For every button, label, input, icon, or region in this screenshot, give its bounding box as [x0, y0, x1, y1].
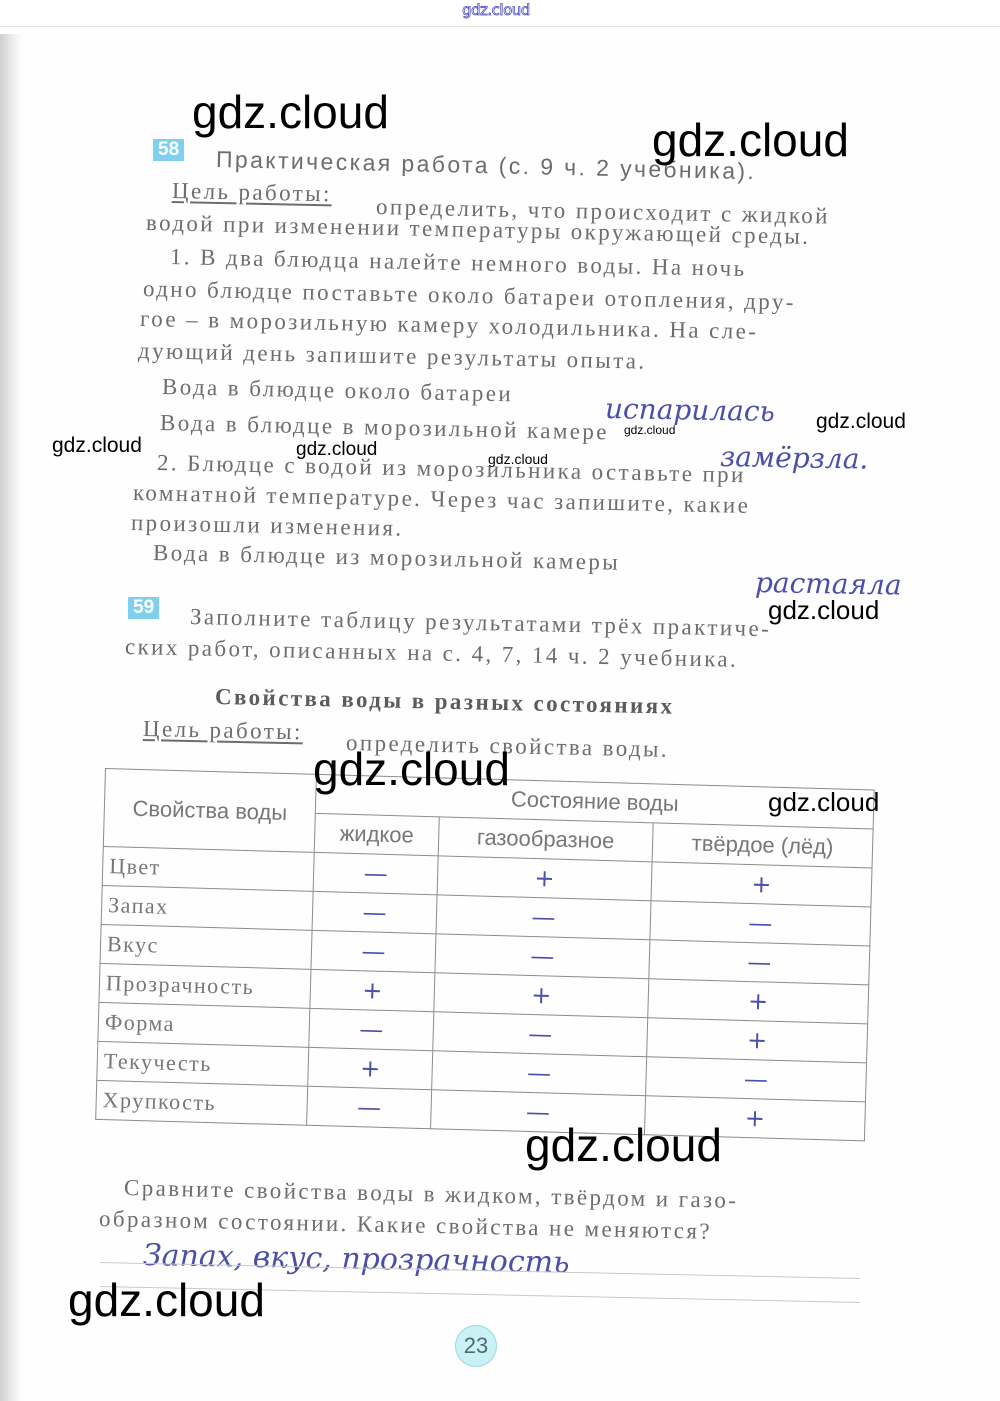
- exercise-58-badge: 58: [153, 139, 184, 161]
- value-cell[interactable]: +: [308, 1047, 433, 1089]
- watermark: gdz.cloud: [816, 410, 906, 434]
- value-cell[interactable]: +: [437, 856, 652, 901]
- value-cell[interactable]: +: [310, 969, 435, 1011]
- exercise-58-goal-label: Цель работы:: [172, 178, 332, 207]
- page-number: 23: [455, 1325, 497, 1367]
- value-cell[interactable]: +: [651, 862, 872, 907]
- watermark: gdz.cloud: [624, 423, 675, 437]
- property-cell: Цвет: [102, 846, 314, 891]
- value-cell[interactable]: —: [311, 930, 436, 972]
- watermark: gdz.cloud: [488, 451, 548, 467]
- value-cell[interactable]: +: [434, 973, 649, 1018]
- exercise-59-badge: 59: [128, 597, 159, 619]
- property-cell: Текучесть: [97, 1041, 309, 1086]
- value-cell[interactable]: —: [645, 1057, 866, 1102]
- site-header-bar: gdz.cloud: [0, 0, 1000, 27]
- page-binding-shadow: [0, 34, 22, 1401]
- column-header-gas: газообразное: [438, 817, 653, 862]
- property-cell: Прозрачность: [99, 963, 311, 1008]
- watermark: gdz.cloud: [192, 85, 389, 139]
- property-cell: Запах: [101, 885, 313, 930]
- value-cell[interactable]: —: [432, 1051, 647, 1096]
- watermark: gdz.cloud: [296, 439, 377, 461]
- value-cell[interactable]: —: [650, 901, 871, 946]
- value-cell[interactable]: —: [435, 934, 650, 979]
- value-cell[interactable]: —: [433, 1012, 648, 1057]
- column-header-liquid: жидкое: [314, 813, 439, 855]
- exercise-59-goal-label: Цель работы:: [143, 716, 303, 745]
- value-cell[interactable]: —: [649, 940, 870, 985]
- watermark: gdz.cloud: [525, 1118, 722, 1172]
- value-cell[interactable]: +: [647, 1018, 868, 1063]
- watermark: gdz.cloud: [68, 1273, 265, 1327]
- value-cell[interactable]: —: [313, 852, 438, 894]
- property-cell: Форма: [98, 1002, 310, 1047]
- value-cell[interactable]: —: [307, 1086, 432, 1128]
- water-properties-table: Свойства воды Состояние воды жидкое газо…: [95, 768, 885, 1142]
- watermark: gdz.cloud: [768, 787, 879, 818]
- column-header-solid: твёрдое (лёд): [652, 823, 873, 868]
- property-cell: Вкус: [100, 924, 312, 969]
- property-cell: Хрупкость: [96, 1080, 308, 1125]
- site-logo[interactable]: gdz.cloud: [462, 1, 530, 19]
- value-cell[interactable]: —: [436, 895, 651, 940]
- watermark: gdz.cloud: [313, 742, 510, 796]
- value-cell[interactable]: —: [309, 1008, 434, 1050]
- value-cell[interactable]: +: [648, 979, 869, 1024]
- watermark: gdz.cloud: [768, 595, 879, 626]
- watermark: gdz.cloud: [652, 113, 849, 167]
- value-cell[interactable]: —: [312, 891, 437, 933]
- watermark: gdz.cloud: [52, 434, 142, 458]
- corner-header: Свойства воды: [103, 769, 316, 853]
